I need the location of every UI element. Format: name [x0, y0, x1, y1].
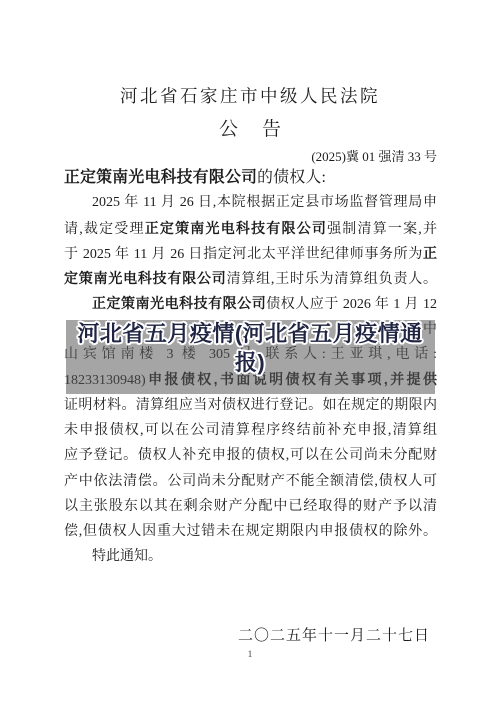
document-line: 证明材料。清算组应当对债权进行登记。如在规定的期限内 [64, 393, 437, 418]
scanned-court-announcement: { "page": { "background": "#ffffff", "te… [0, 0, 500, 706]
text-segment: 特此通知。 [92, 549, 162, 564]
text-segment: 2025 年 11 月 26 日,本院根据正定县市场监督管理局申 [92, 195, 437, 210]
document-line: 正定策南光电科技有限公司的债权人: [64, 165, 437, 190]
document-line: 定策南光电科技有限公司清算组,王时乐为清算组负责人。 [64, 266, 437, 291]
announcement-char-left: 公 [219, 119, 238, 140]
bold-text-segment: 正定策南光电科技有限公司 [145, 220, 327, 236]
announcement-title: 公告 [0, 114, 500, 141]
overlay-headline: 河北省五月疫情(河北省五月疫情通 报) [62, 320, 438, 377]
document-line: 请,裁定受理正定策南光电科技有限公司强制清算一案,并 [64, 216, 437, 241]
text-segment: 强制清算一案,并 [327, 222, 437, 237]
page-number: 1 [0, 649, 500, 659]
text-segment: 债权人应于 2026 年 1 月 12 [266, 297, 437, 312]
document-line: 偿,但债权人因重大过错未在规定期限内申报债权的除外。 [64, 519, 437, 544]
bold-text-segment: 正 [423, 245, 437, 261]
text-segment: 于 2025 年 11 月 26 日指定河北太平洋世纪律师事务所为 [64, 247, 423, 262]
text-segment: 应予登记。债权人补充申报的债权,可以在公司尚未分配财 [64, 448, 437, 463]
bold-text-segment: 正定策南光电科技有限公司 [64, 169, 257, 186]
overlay-headline-line2: 报) [62, 349, 438, 378]
document-line: 以主张股东以其在剩余财产分配中已经取得的财产予以清 [64, 494, 437, 519]
case-number: (2025)冀 01 强清 33 号 [64, 146, 437, 165]
document-line: 于 2025 年 11 月 26 日指定河北太平洋世纪律师事务所为正 [64, 241, 437, 266]
text-segment: 产中依法清偿。公司尚未分配财产不能全额清偿,债权人可 [64, 474, 437, 489]
court-name-title: 河北省石家庄市中级人民法院 [0, 83, 500, 108]
text-segment: 的债权人: [257, 169, 326, 186]
announcement-char-right: 告 [262, 119, 281, 140]
text-segment: 以主张股东以其在剩余财产分配中已经取得的财产予以清 [64, 499, 437, 514]
bold-text-segment: 正定策南光电科技有限公司 [92, 295, 266, 311]
text-segment: 清算组,王时乐为清算组负责人。 [227, 272, 437, 287]
document-line: 产中依法清偿。公司尚未分配财产不能全额清偿,债权人可 [64, 469, 437, 494]
text-segment: 请,裁定受理 [64, 222, 145, 237]
overlay-headline-line1: 河北省五月疫情(河北省五月疫情通 [62, 320, 438, 349]
text-segment: 偿,但债权人因重大过错未在规定期限内申报债权的除外。 [64, 524, 437, 539]
document-line: 特此通知。 [64, 544, 437, 569]
text-segment: 未申报债权,可以在公司清算程序终结前补充申报,清算组 [64, 423, 437, 438]
document-line: 正定策南光电科技有限公司债权人应于 2026 年 1 月 12 [64, 291, 437, 316]
document-date: 二〇二五年十一月二十七日 [64, 624, 430, 645]
bold-text-segment: 定策南光电科技有限公司 [64, 270, 227, 286]
document-line: 未申报债权,可以在公司清算程序终结前补充申报,清算组 [64, 418, 437, 443]
text-segment: 证明材料。清算组应当对债权进行登记。如在规定的期限内 [64, 398, 437, 413]
document-line: 应予登记。债权人补充申报的债权,可以在公司尚未分配财 [64, 443, 437, 468]
document-line: 2025 年 11 月 26 日,本院根据正定县市场监督管理局申 [64, 190, 437, 215]
